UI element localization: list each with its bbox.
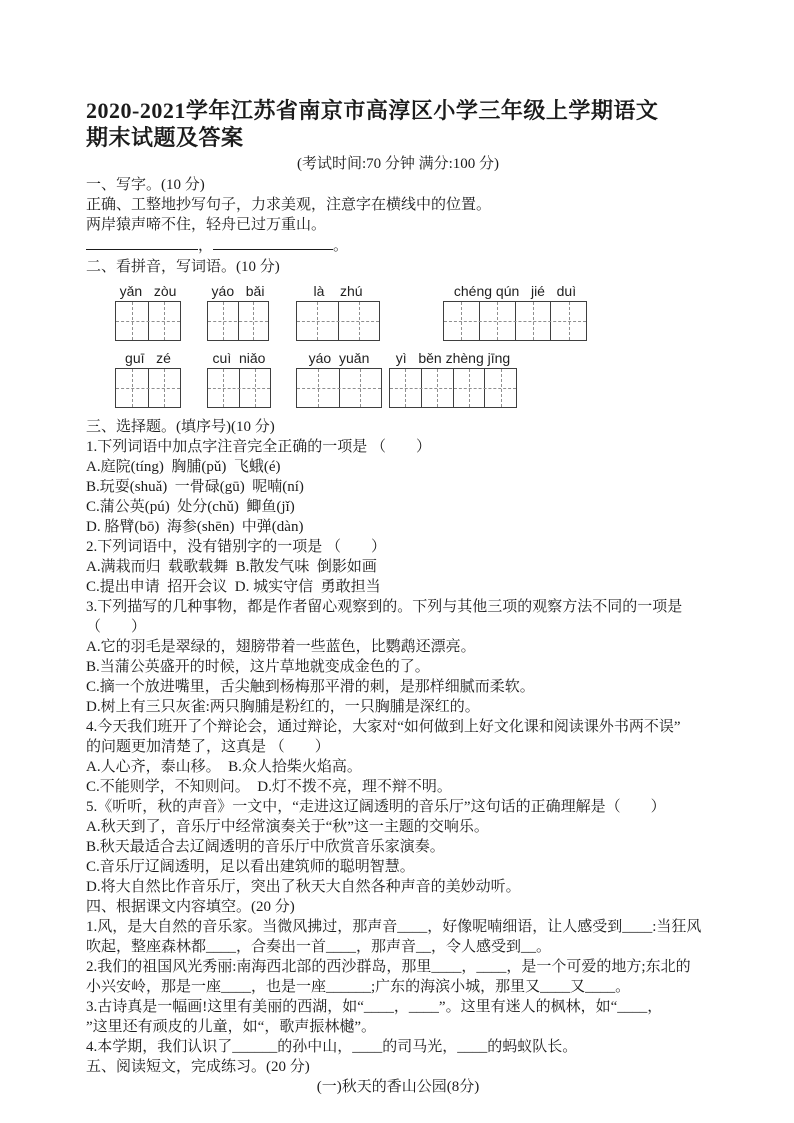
pinyin-grid: yǎn zòu [115, 283, 181, 341]
pinyin-label: cuì niǎo [207, 350, 271, 367]
writing-cells [115, 301, 181, 341]
pinyin-grid: chéng qún jié duì [443, 283, 587, 341]
grid-cell [453, 369, 485, 407]
option-line: B.玩耍(shuǎ) 一骨碌(gū) 呢喃(ní) [86, 477, 710, 497]
grid-cell [297, 302, 338, 340]
grid-cell [338, 302, 380, 340]
fill-blank-line: 2.我们的祖国风光秀丽:南海西北部的西沙群岛，那里____，____，是一个可爱… [86, 957, 710, 977]
period: 。 [333, 238, 348, 254]
option-line: A.满栽而归 载歌载舞 B.散发气味 倒影如画 [86, 557, 710, 577]
question-line: 的问题更加清楚了，这真是 （ ） [86, 737, 710, 757]
pinyin-label: là zhú [296, 283, 380, 300]
question-line: 3.下列描写的几种事物，都是作者留心观察到的。下列与其他三项的观察方法不同的一项… [86, 597, 710, 617]
grid-cell [116, 369, 148, 407]
blank-underline [213, 235, 333, 250]
pinyin-grid-row-1: yǎn zòu yáo bǎi là zhú chéng qún jié duì [86, 283, 710, 341]
document-body: 2020-2021学年江苏省南京市高淳区小学三年级上学期语文期末试题及答案 (考… [86, 0, 710, 1097]
fill-blank-line: 3.古诗真是一幅画!这里有美丽的西湖，如“____，____”。这里有迷人的枫林… [86, 997, 710, 1017]
pinyin-label: yì běn zhèng jīng [389, 350, 517, 367]
option-line: D.树上有三只灰雀:两只胸脯是粉红的，一只胸脯是深红的。 [86, 697, 710, 717]
section-5-heading: 五、阅读短文，完成练习。(20 分) [86, 1057, 710, 1077]
question-line: 5.《听听，秋的声音》一文中，“走进这辽阔透明的音乐厅”这句话的正确理解是（ ） [86, 797, 710, 817]
option-line: C.蒲公英(pú) 处分(chǔ) 鲫鱼(jǐ) [86, 497, 710, 517]
pinyin-grid: yáo bǎi [207, 283, 269, 341]
copy-instruction: 正确、工整地抄写句子，力求美观，注意字在横线中的位置。 [86, 195, 710, 215]
grid-cell [444, 302, 479, 340]
option-line: C.音乐厅辽阔透明，足以看出建筑师的聪明智慧。 [86, 857, 710, 877]
writing-cells [389, 368, 517, 408]
option-line: C.摘一个放进嘴里，舌尖触到杨梅那平滑的刺，是那样细腻而柔软。 [86, 677, 710, 697]
section-1-heading: 一、写字。(10 分) [86, 175, 710, 195]
section-2-heading: 二、看拼音，写词语。(10 分) [86, 257, 710, 277]
fill-blank-line: 小兴安岭，那是一座____，也是一座______;广东的海滨小城，那里又____… [86, 977, 710, 997]
option-line: A.人心齐，泰山移。 B.众人拾柴火焰高。 [86, 757, 710, 777]
answer-parens: （ ） [86, 617, 710, 637]
fill-blank-line: 1.风，是大自然的音乐家。当微风拂过，那声音____，好像呢喃细语，让人感受到_… [86, 917, 710, 937]
option-line: B.秋天最适合去辽阔透明的音乐厅中欣赏音乐家演奏。 [86, 837, 710, 857]
grid-cell [239, 369, 271, 407]
pinyin-grid: cuì niǎo [207, 350, 271, 408]
grid-cell [238, 302, 269, 340]
grid-cell [421, 369, 453, 407]
grid-cell [515, 302, 551, 340]
blank-underline [86, 235, 198, 250]
grid-cell [297, 369, 339, 407]
grid-cell [484, 369, 516, 407]
fill-blank-line: 4.本学期，我们认识了______的孙中山，____的司马光，____的蚂蚁队长… [86, 1037, 710, 1057]
option-line: D. 胳臂(bō) 海参(shēn) 中弹(dàn) [86, 517, 710, 537]
pinyin-grid: yì běn zhèng jīng [389, 350, 517, 408]
option-line: A.它的羽毛是翠绿的，翅膀带着一些蓝色，比鹦鹉还漂亮。 [86, 637, 710, 657]
title-line-2: 期末试题及答案 [86, 125, 244, 150]
comma: ， [198, 238, 213, 254]
writing-cells [296, 368, 382, 408]
grid-cell [339, 369, 382, 407]
option-line: C.不能则学，不知则问。 D.灯不拨不亮，理不辩不明。 [86, 777, 710, 797]
exam-info: (考试时间:70 分钟 满分:100 分) [86, 154, 710, 174]
option-line: A.庭院(tíng) 胸脯(pǔ) 飞蛾(é) [86, 457, 710, 477]
question-line: 2.下列词语中，没有错别字的一项是 （ ） [86, 537, 710, 557]
poem-sentence: 两岸猿声啼不住，轻舟已过万重山。 [86, 215, 710, 235]
grid-cell [550, 302, 586, 340]
option-line: B.当蒲公英盛开的时候，这片草地就变成金色的了。 [86, 657, 710, 677]
grid-cell [208, 369, 239, 407]
document-title: 2020-2021学年江苏省南京市高淳区小学三年级上学期语文期末试题及答案 [86, 97, 710, 151]
pinyin-grid: guī zé [115, 350, 181, 408]
option-line: D.将大自然比作音乐厅，突出了秋天大自然各种声音的美妙动听。 [86, 877, 710, 897]
option-line: A.秋天到了，音乐厅中经常演奏关于“秋”这一主题的交响乐。 [86, 817, 710, 837]
question-line: 1.下列词语中加点字注音完全正确的一项是 （ ） [86, 437, 710, 457]
writing-cells [207, 301, 269, 341]
pinyin-label: yǎn zòu [115, 283, 181, 300]
option-line: C.提出申请 招开会议 D. 城实守信 勇敢担当 [86, 577, 710, 597]
writing-cells [207, 368, 271, 408]
writing-cells [296, 301, 380, 341]
section-4-heading: 四、根据课文内容填空。(20 分) [86, 897, 710, 917]
grid-cell [479, 302, 515, 340]
pinyin-label: guī zé [115, 350, 181, 367]
grid-cell [148, 302, 181, 340]
writing-cells [115, 368, 181, 408]
reading-subtitle: (一)秋天的香山公园(8分) [86, 1077, 710, 1097]
grid-cell [116, 302, 148, 340]
pinyin-grid: là zhú [296, 283, 380, 341]
exam-document-page: 2020-2021学年江苏省南京市高淳区小学三年级上学期语文期末试题及答案 (考… [0, 0, 794, 1123]
grid-cell [148, 369, 181, 407]
pinyin-grid-row-2: guī zé cuì niǎo yáo yuǎn yì běn zhèng jī… [86, 350, 710, 408]
section-3-heading: 三、选择题。(填序号)(10 分) [86, 417, 710, 437]
question-line: 4.今天我们班开了个辩论会，通过辩论，大家对“如何做到上好文化课和阅读课外书两不… [86, 717, 710, 737]
fill-blank-line: 吹起，整座森林都____，合奏出一首____，那声音__，令人感受到__。 [86, 937, 710, 957]
fill-blank-line: ”这里还有顽皮的儿童，如“，歌声振林樾”。 [86, 1017, 710, 1037]
title-line-1: 2020-2021学年江苏省南京市高淳区小学三年级上学期语文 [86, 98, 658, 123]
answer-blank-line: ，。 [86, 235, 710, 257]
writing-cells [443, 301, 587, 341]
grid-cell [390, 369, 421, 407]
pinyin-label: yáo bǎi [207, 283, 269, 300]
pinyin-label: yáo yuǎn [296, 350, 382, 367]
pinyin-grid: yáo yuǎn [296, 350, 382, 408]
pinyin-label: chéng qún jié duì [443, 283, 587, 300]
grid-cell [208, 302, 238, 340]
